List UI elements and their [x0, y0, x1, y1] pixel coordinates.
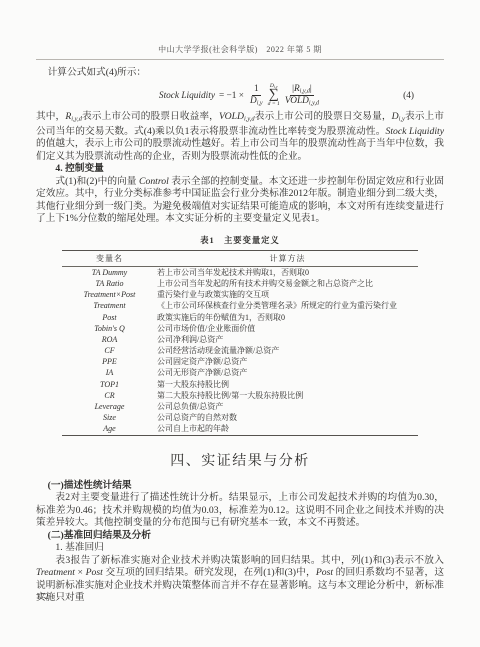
equation-number: (4) — [403, 91, 414, 101]
equation-operator: = −1 × — [219, 91, 244, 101]
variable-name-cell: TA Dummy — [62, 267, 157, 278]
variable-name-cell: PPE — [62, 356, 157, 367]
subheading-descriptive-stats: (一)描述性统计结果 — [36, 480, 444, 493]
variable-name-cell: CR — [62, 390, 157, 401]
calculation-method-cell: 公司自上市起的年龄 — [157, 423, 418, 434]
paragraph-control-variables: 式(1)和(2)中的向量 Control 表示全部的控制变量。本文还进一步控制年… — [36, 176, 444, 226]
table-row: ROA公司净利润/总资产 — [62, 334, 418, 345]
calculation-method-cell: 公司市场价值/企业账面价值 — [157, 323, 418, 334]
table-row: Post政策实施后的年份赋值为1，否则取0 — [62, 312, 418, 323]
paragraph-descriptive-stats: 表2对主要变量进行了描述性统计分析。结果显示，上市公司发起技术并购的均值为0.3… — [36, 492, 444, 530]
table-row: Leverage公司总负债/总资产 — [62, 401, 418, 412]
running-head: 中山大学学报(社会科学版) 2022 年第 5 期 — [36, 44, 444, 60]
calculation-method-cell: 《上市公司环保核查行业分类管理名录》所规定的行业为重污染行业 — [157, 300, 418, 311]
table1-title: 表1 主要变量定义 — [36, 234, 444, 246]
equation-body: Stock Liquidity = −1 × 1 Di,y Di,y ∑ d =… — [159, 84, 321, 108]
table-row: CR第二大股东持股比例/第一大股东持股比例 — [62, 390, 418, 401]
variable-name-cell: Age — [62, 423, 157, 434]
variable-name-cell: TA Ratio — [62, 278, 157, 289]
table1-body: TA Dummy若上市公司当年发起技术并购取1，否则取0TA Ratio上市公司… — [62, 267, 418, 435]
calculation-method-cell: 公司净利润/总资产 — [157, 334, 418, 345]
subheading-baseline-regression: 1. 基准回归 — [36, 542, 444, 555]
table-row: CF公司经营活动现金流量净额/总资产 — [62, 345, 418, 356]
summation-symbol: Di,y ∑ d = 1 — [268, 84, 280, 108]
variable-name-cell: IA — [62, 367, 157, 378]
calculation-method-cell: 重污染行业与政策实施的交互项 — [157, 289, 418, 300]
variable-name-cell: CF — [62, 345, 157, 356]
variable-name-cell: Size — [62, 412, 157, 423]
table-row: TA Ratio上市公司当年发起的所有技术并购交易金额之和占总资产之比 — [62, 278, 418, 289]
variable-name-cell: TOP1 — [62, 379, 157, 390]
variable-name-cell: Post — [62, 312, 157, 323]
fraction-return-over-volume: |Ri,y,d| VOLDi,y,d — [283, 84, 321, 108]
table-row: Treatment《上市公司环保核查行业分类管理名录》所规定的行业为重污染行业 — [62, 300, 418, 311]
fraction-one-over-days: 1 Di,y — [248, 84, 265, 107]
table1-header-row: 变量名 计算方法 — [62, 251, 418, 267]
calculation-method-cell: 第一大股东持股比例 — [157, 379, 418, 390]
subheading-baseline-regression-analysis: (二)基准回归结果及分析 — [36, 530, 444, 543]
page-number: 172 — [36, 591, 49, 601]
variable-name-cell: Treatment — [62, 300, 157, 311]
equation-4: Stock Liquidity = −1 × 1 Di,y Di,y ∑ d =… — [36, 84, 444, 108]
paragraph-baseline-regression: 表3报告了新标准实施对企业技术并购决策影响的回归结果。其中，列(1)和(3)表示… — [36, 555, 444, 605]
calculation-method-cell: 若上市公司当年发起技术并购取1，否则取0 — [157, 267, 418, 278]
calculation-method-cell: 公司经营活动现金流量净额/总资产 — [157, 345, 418, 356]
variable-name-cell: ROA — [62, 334, 157, 345]
calculation-method-cell: 公司总负债/总资产 — [157, 401, 418, 412]
table-row: Tobin's Q公司市场价值/企业账面价值 — [62, 323, 418, 334]
variable-name-cell: Tobin's Q — [62, 323, 157, 334]
calculation-method-cell: 公司总资产的自然对数 — [157, 412, 418, 423]
paragraph-formula-explain: 其中，Ri,y,d表示上市公司的股票日收益率，VOLDi,y,d表示上市公司的股… — [36, 111, 444, 164]
sigma-glyph: ∑ — [269, 89, 279, 102]
calculation-method-cell: 公司固定资产净额/总资产 — [157, 356, 418, 367]
table-row: Age公司自上市起的年龄 — [62, 423, 418, 434]
table-row: Size公司总资产的自然对数 — [62, 412, 418, 423]
table-row: Treatment×Post重污染行业与政策实施的交互项 — [62, 289, 418, 300]
table-row: TA Dummy若上市公司当年发起技术并购取1，否则取0 — [62, 267, 418, 278]
table1: 变量名 计算方法 TA Dummy若上市公司当年发起技术并购取1，否则取0TA … — [62, 250, 418, 436]
journal-page: 中山大学学报(社会科学版) 2022 年第 5 期 计算公式如式(4)所示： S… — [0, 0, 480, 647]
table-row: TOP1第一大股东持股比例 — [62, 379, 418, 390]
table1-header-method: 计算方法 — [157, 253, 418, 264]
variable-name-cell: Leverage — [62, 401, 157, 412]
section-heading-results: 四、实证结果与分析 — [36, 450, 444, 470]
table-row: IA公司无形资产净额/总资产 — [62, 367, 418, 378]
calculation-method-cell: 公司无形资产净额/总资产 — [157, 367, 418, 378]
calculation-method-cell: 第二大股东持股比例/第一大股东持股比例 — [157, 390, 418, 401]
calculation-method-cell: 政策实施后的年份赋值为1，否则取0 — [157, 312, 418, 323]
equation-lhs: Stock Liquidity — [159, 91, 215, 101]
calculation-method-cell: 上市公司当年发起的所有技术并购交易金额之和占总资产之比 — [157, 278, 418, 289]
paragraph-formula-intro: 计算公式如式(4)所示： — [36, 67, 444, 80]
table1-header-variable: 变量名 — [62, 253, 157, 264]
subheading-control-variables: 4. 控制变量 — [36, 163, 444, 176]
variable-name-cell: Treatment×Post — [62, 289, 157, 300]
table-row: PPE公司固定资产净额/总资产 — [62, 356, 418, 367]
